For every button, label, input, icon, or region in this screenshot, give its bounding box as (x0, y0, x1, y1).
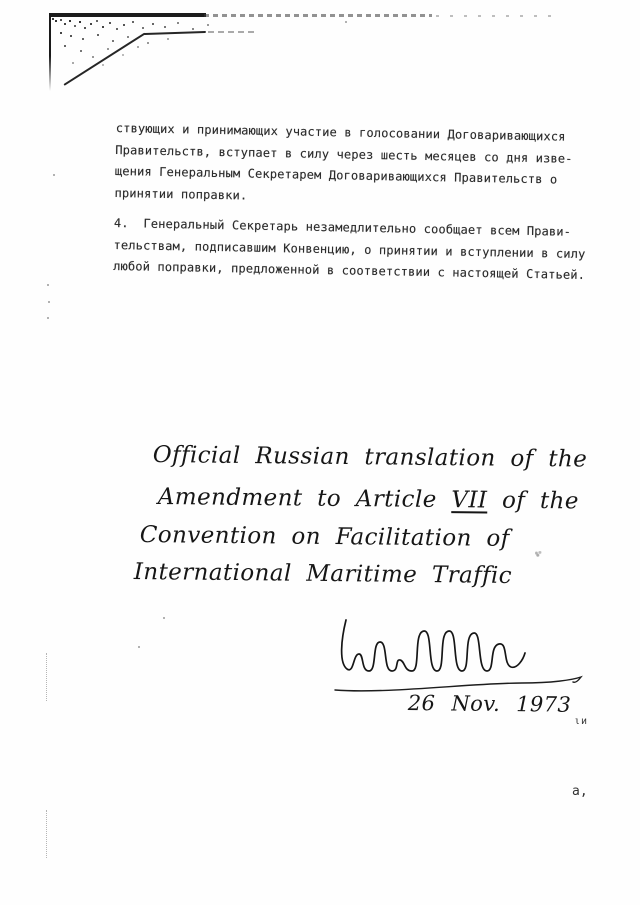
scan-artifact-top-bar (50, 13, 206, 17)
scan-artifact-top-bar-sparse-dots (436, 15, 556, 17)
scan-speck (47, 284, 49, 286)
right-margin-lower-mark: а, (572, 784, 588, 799)
scan-speck (163, 617, 165, 619)
scan-artifact-diagonal-line (63, 33, 145, 86)
paragraph-continuation: ствующих и принимающих участие в голосов… (114, 118, 616, 214)
scan-artifact-dotted-margin (46, 653, 47, 701)
scan-speck (345, 21, 347, 23)
scan-smudge (535, 551, 542, 558)
scan-artifact-speckle-cloud (52, 18, 54, 20)
paragraph-4: 4. Генеральный Секретарь незамедлительно… (113, 213, 614, 287)
scan-artifact-top-bar-dashes (204, 14, 432, 17)
scan-speck (48, 301, 50, 303)
handwritten-line-2-suffix: of the (502, 488, 579, 515)
scan-speck (47, 317, 49, 319)
handwritten-line-4: International Maritime Traffic (134, 559, 512, 591)
right-margin-small-mark: ιи (574, 716, 588, 727)
handwritten-line-3: Convention on Facilitation of (140, 522, 510, 553)
handwritten-line-2-prefix: Amendment to Article (158, 484, 437, 513)
scanned-document-page: ствующих и принимающих участие в голосов… (0, 0, 640, 905)
scan-speck (138, 646, 140, 648)
typewritten-russian-text: ствующих и принимающих участие в голосов… (113, 118, 616, 287)
handwritten-date: 26 Nov. 1973 (408, 691, 572, 718)
handwritten-line-2: Amendment to Article VII of the (158, 484, 579, 516)
scan-artifact-dotted-margin (46, 810, 47, 858)
handwritten-line-1: Official Russian translation of the (153, 442, 588, 474)
scan-artifact-horizontal-line (144, 31, 206, 35)
signature (336, 616, 536, 676)
scan-speck (53, 174, 55, 176)
scan-artifact-horizontal-dashes (208, 31, 254, 33)
scan-artifact-left-edge-line (49, 13, 51, 91)
handwritten-article-number: VII (451, 487, 487, 513)
